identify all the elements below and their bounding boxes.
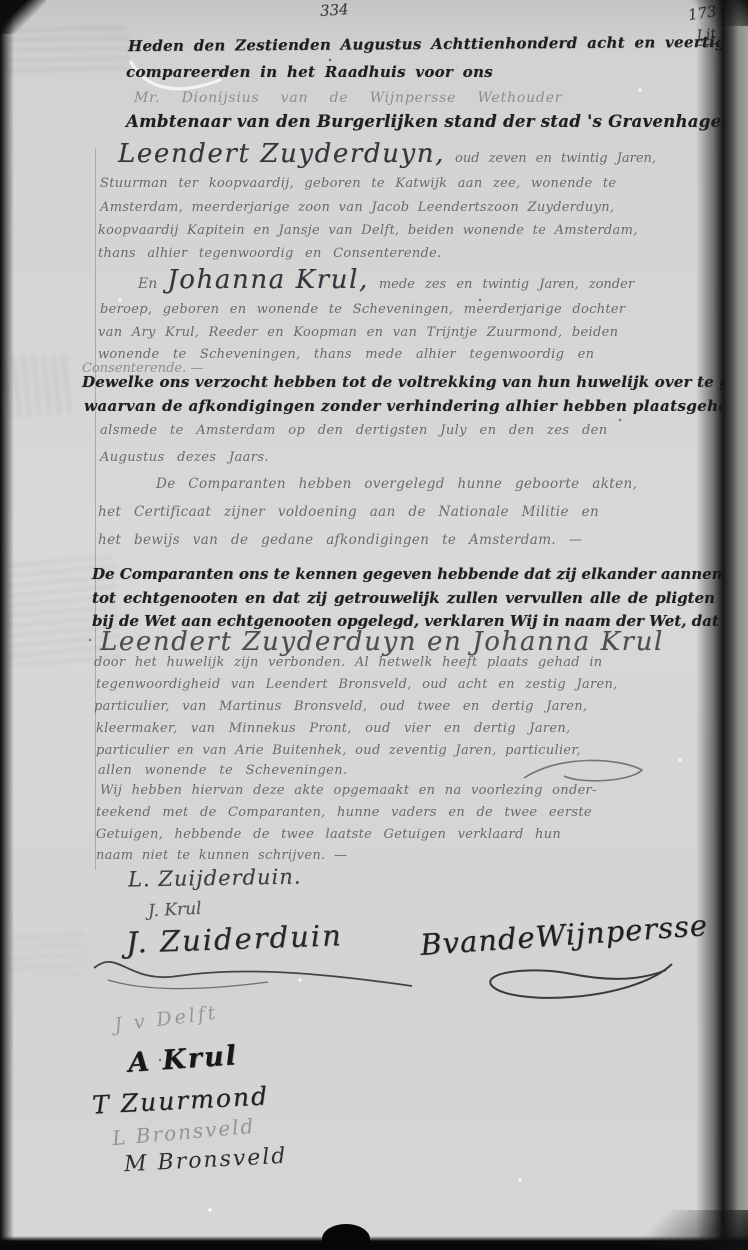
bride-name: Johanna Krul, (167, 266, 369, 295)
signature-bride-father: A Krul (127, 1040, 239, 1079)
declaration-line-6: particulier, van Martinus Bronsveld, oud… (94, 700, 587, 714)
bride-line-2: beroep, geboren en wonende te Schevening… (100, 303, 625, 317)
closing-line-3: Getuigen, hebbende de twee laatste Getui… (96, 828, 561, 842)
request-line-4: Augustus dezes Jaars. (100, 451, 269, 465)
act-official-line: Mr. Dionijsius van de Wijnpersse Wethoud… (134, 91, 562, 106)
groom-line-3: Amsterdam, meerderjarige zoon van Jacob … (100, 201, 614, 215)
documents-line-1: De Comparanten hebben overgelegd hunne g… (156, 477, 637, 492)
request-line-2: waarvan de afkondigingen zonder verhinde… (84, 398, 739, 415)
declaration-line-9: allen wonende te Scheveningen. (98, 764, 348, 778)
act-margin-rule (95, 148, 96, 870)
documents-line-2: het Certificaat zijner voldoening aan de… (98, 505, 599, 520)
declaration-line-8: particulier en van Arie Buitenhek, oud z… (96, 744, 581, 758)
signature-groom: L. Zuijderduin. (128, 864, 302, 891)
clip-blob-bottom (322, 1224, 370, 1250)
signature-witness-2: M Bronsveld (123, 1144, 288, 1178)
document-scan-page: 334 173 Lit Heden den Zestienden Augustu… (0, 0, 748, 1250)
bride-name-line: En Johanna Krul, mede zes en twintig Jar… (138, 266, 634, 295)
closing-line-1: Wij hebben hiervan deze akte opgemaakt e… (100, 784, 597, 798)
act-opening-line-1: Heden den Zestienden Augustus Achttienho… (128, 34, 726, 55)
bleedthrough-ghost-left-margin (0, 355, 75, 421)
request-line-3: alsmede te Amsterdam op den dertigsten J… (100, 424, 608, 438)
scan-edge-left (0, 0, 14, 1250)
act-opening-line-2: compareerden in het Raadhuis voor ons (126, 64, 493, 81)
declaration-line-1: De Comparanten ons te kennen gegeven heb… (92, 566, 748, 583)
line-end-flourish (520, 758, 650, 786)
signature-bride: J. Krul (148, 899, 202, 922)
signature-witness-1: L Bronsveld (111, 1114, 256, 1150)
declaration-line-4: door het huwelijk zijn verbonden. Al het… (94, 656, 602, 670)
bleedthrough-ghost-lower-left (6, 930, 86, 976)
groom-age-phrase: oud zeven en twintig Jaren, (455, 152, 656, 166)
signature-groom-father: J. Zuiderduin (125, 918, 343, 960)
signature-official: BvandeWijnpersse (419, 908, 709, 962)
closing-line-2: teekend met de Comparanten, hunne vaders… (96, 806, 592, 820)
declaration-line-7: kleermaker, van Minnekus Pront, oud vier… (96, 722, 570, 736)
scan-corner-top-left (0, 0, 46, 34)
declaration-line-2: tot echtgenooten en dat zij getrouwelijk… (92, 590, 715, 607)
documents-line-3: het bewijs van de gedane afkondigingen t… (98, 533, 583, 548)
bleedthrough-ghost-top-left (0, 22, 131, 79)
closing-line-4: naam niet te kunnen schrijven. — (96, 849, 347, 863)
scan-corner-bottom-right (628, 1210, 748, 1250)
bride-prefix: En (138, 277, 157, 292)
signature-groom-mother: J v Delft (113, 1002, 220, 1037)
scan-edge-bottom (0, 1236, 748, 1250)
married-couple-names-line: Leendert Zuyderduyn en Johanna Krul (100, 628, 664, 657)
groom-name: Leendert Zuyderduyn, (118, 140, 445, 169)
signature-flourish-official (452, 958, 682, 1004)
groom-line-4: koopvaardij Kapitein en Jansje van Delft… (98, 224, 638, 238)
bride-age-phrase: mede zes en twintig Jaren, zonder (379, 278, 634, 292)
page-number-right: 173 (687, 3, 718, 24)
request-line-1: Dewelke ons verzocht hebben tot de voltr… (82, 374, 748, 391)
bride-line-3: van Ary Krul, Reeder en Koopman en van T… (98, 326, 618, 340)
groom-name-line: Leendert Zuyderduyn, oud zeven en twinti… (118, 140, 656, 169)
groom-line-2: Stuurman ter koopvaardij, geboren te Kat… (100, 177, 616, 191)
declaration-line-5: tegenwoordigheid van Leendert Bronsveld,… (96, 678, 618, 692)
act-registrar-title-line: Ambtenaar van den Burgerlijken stand der… (126, 113, 734, 131)
page-number-center: 334 (319, 1, 349, 19)
groom-line-5: thans alhier tegenwoordig en Consenteren… (98, 247, 442, 261)
